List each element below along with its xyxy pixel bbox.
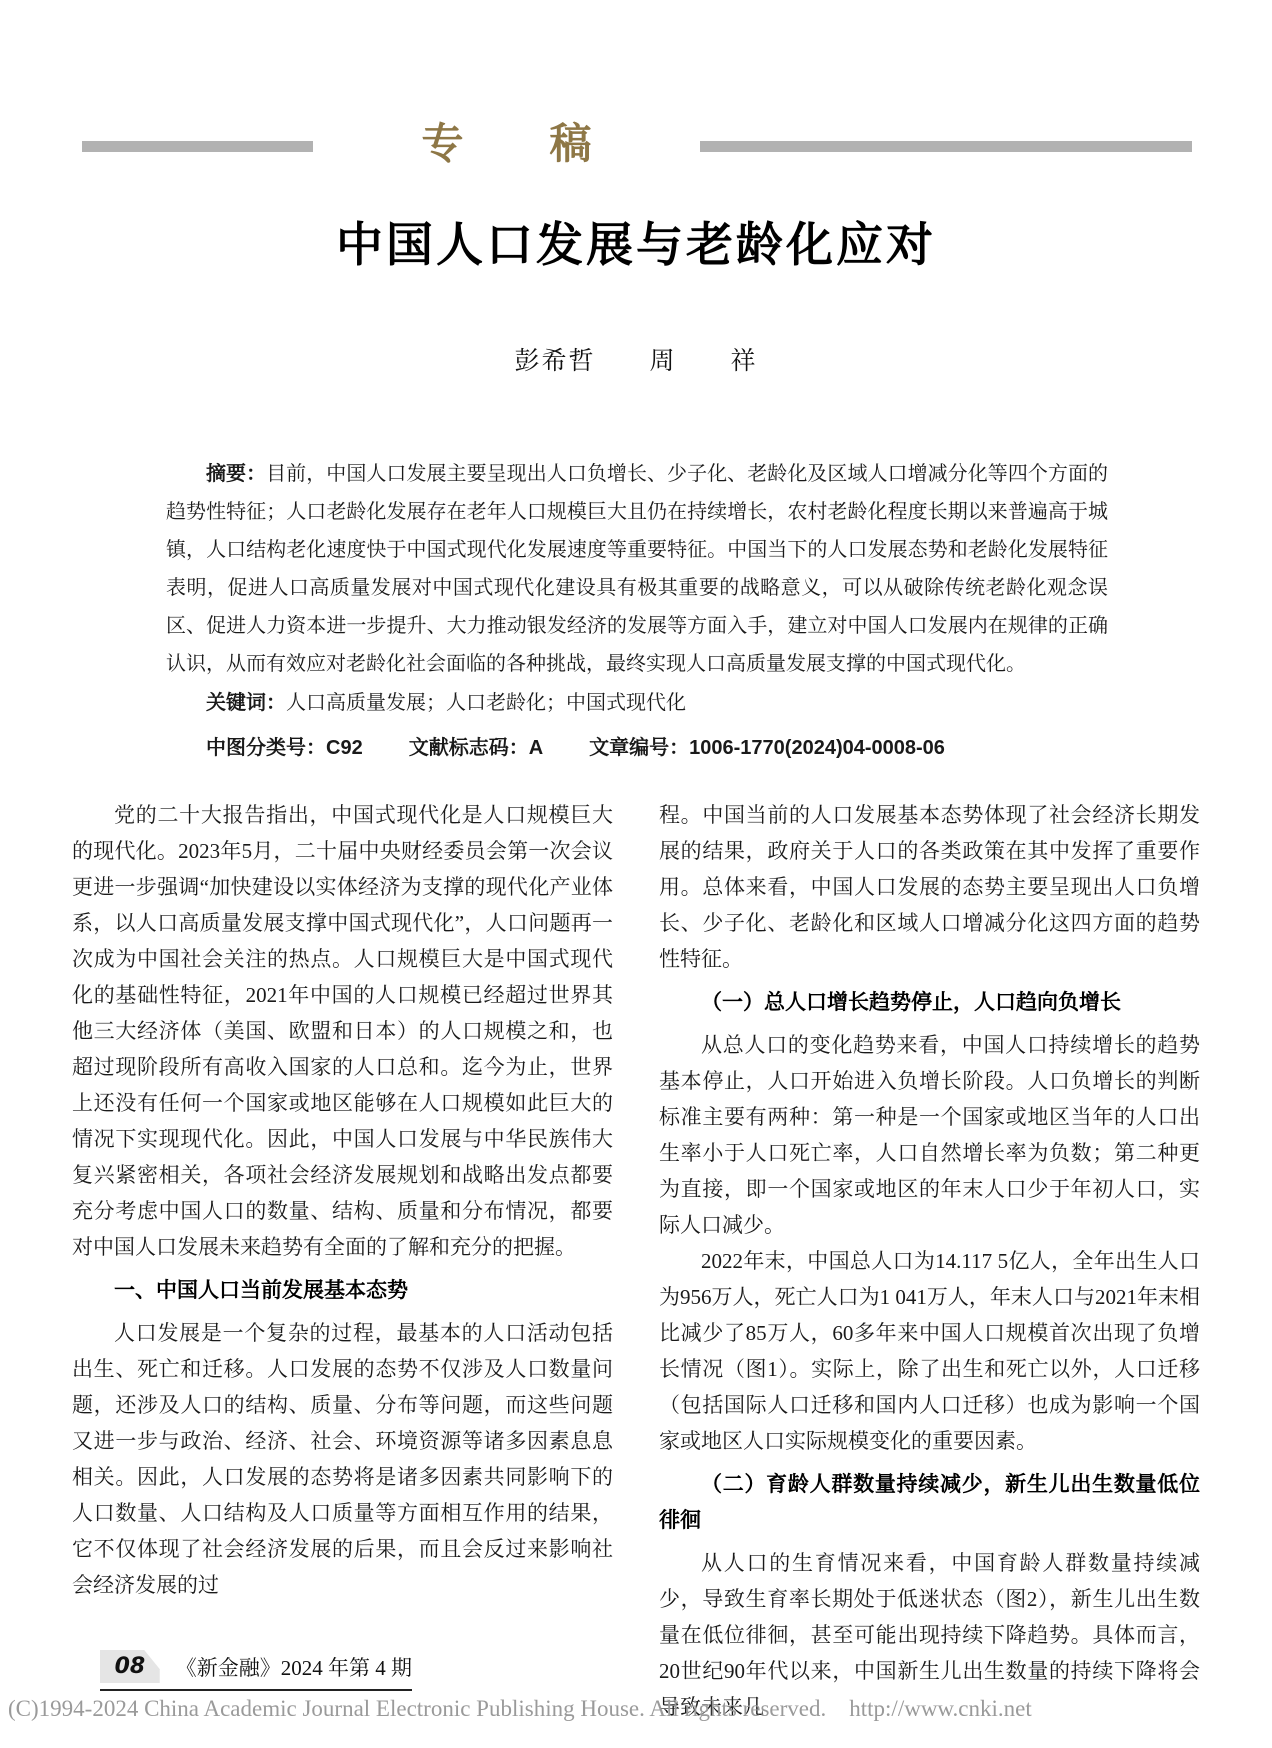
left-column: 党的二十大报告指出，中国式现代化是人口规模巨大的现代化。2023年5月，二十届中… bbox=[72, 797, 613, 1725]
keywords-block: 关键词：人口高质量发展；人口老龄化；中国式现代化 bbox=[166, 686, 1108, 715]
abstract-label: 摘要： bbox=[206, 463, 266, 485]
tag-char-1: 专 bbox=[421, 124, 463, 166]
abstract-text: 目前，中国人口发展主要呈现出人口负增长、少子化、老龄化及区域人口增减分化等四个方… bbox=[166, 463, 1108, 675]
section-heading-1: 一、中国人口当前发展基本态势 bbox=[72, 1272, 613, 1308]
clc-value: C92 bbox=[326, 737, 363, 759]
keywords-label: 关键词： bbox=[206, 692, 286, 714]
article-id-label: 文章编号： bbox=[589, 737, 689, 759]
column-tag-text: 专 稿 bbox=[421, 124, 591, 166]
doc-code-segment: 文献标志码：A bbox=[409, 737, 543, 759]
journal-issue: 《新金融》2024 年第 4 期 bbox=[176, 1652, 412, 1682]
tag-char-2: 稿 bbox=[550, 124, 592, 166]
footer-pageline: 08 《新金融》2024 年第 4 期 bbox=[100, 1650, 412, 1691]
abstract-block: 摘要：目前，中国人口发展主要呈现出人口负增长、少子化、老龄化及区域人口增减分化等… bbox=[166, 455, 1108, 683]
subsection-heading-2: （二）育龄人群数量持续减少，新生儿出生数量低位徘徊 bbox=[659, 1466, 1200, 1538]
clc-segment: 中图分类号：C92 bbox=[206, 737, 363, 759]
paragraph: 2022年末，中国总人口为14.117 5亿人，全年出生人口为956万人，死亡人… bbox=[659, 1243, 1200, 1459]
doc-code-value: A bbox=[529, 737, 543, 759]
clc-label: 中图分类号： bbox=[206, 737, 326, 759]
paragraph: 党的二十大报告指出，中国式现代化是人口规模巨大的现代化。2023年5月，二十届中… bbox=[72, 797, 613, 1265]
article-title: 中国人口发展与老龄化应对 bbox=[0, 208, 1272, 275]
article-id-value: 1006-1770(2024)04-0008-06 bbox=[689, 737, 945, 759]
doc-code-label: 文献标志码： bbox=[409, 737, 529, 759]
page-number-badge: 08 bbox=[100, 1650, 160, 1683]
article-id-segment: 文章编号：1006-1770(2024)04-0008-06 bbox=[589, 737, 945, 759]
header-rule-left bbox=[82, 141, 313, 152]
article-authors: 彭希哲 周 祥 bbox=[0, 341, 1272, 377]
column-tag: 专 稿 bbox=[313, 124, 700, 166]
page-header: 专 稿 bbox=[82, 112, 1192, 178]
right-column: 程。中国当前的人口发展基本态势体现了社会经济长期发展的结果，政府关于人口的各类政… bbox=[659, 797, 1200, 1725]
header-rule-right bbox=[700, 141, 1192, 152]
paragraph: 程。中国当前的人口发展基本态势体现了社会经济长期发展的结果，政府关于人口的各类政… bbox=[659, 797, 1200, 977]
paragraph: 从总人口的变化趋势来看，中国人口持续增长的趋势基本停止，人口开始进入负增长阶段。… bbox=[659, 1027, 1200, 1243]
classification-meta: 中图分类号：C92文献标志码：A文章编号：1006-1770(2024)04-0… bbox=[166, 731, 1146, 760]
copyright-line: (C)1994-2024 China Academic Journal Elec… bbox=[8, 1696, 1268, 1722]
subsection-heading-1: （一）总人口增长趋势停止，人口趋向负增长 bbox=[659, 984, 1200, 1020]
journal-page: 专 稿 中国人口发展与老龄化应对 彭希哲 周 祥 摘要：目前，中国人口发展主要呈… bbox=[0, 0, 1272, 1748]
article-body: 党的二十大报告指出，中国式现代化是人口规模巨大的现代化。2023年5月，二十届中… bbox=[72, 797, 1200, 1725]
paragraph: 人口发展是一个复杂的过程，最基本的人口活动包括出生、死亡和迁移。人口发展的态势不… bbox=[72, 1315, 613, 1603]
keywords-text: 人口高质量发展；人口老龄化；中国式现代化 bbox=[286, 692, 686, 714]
